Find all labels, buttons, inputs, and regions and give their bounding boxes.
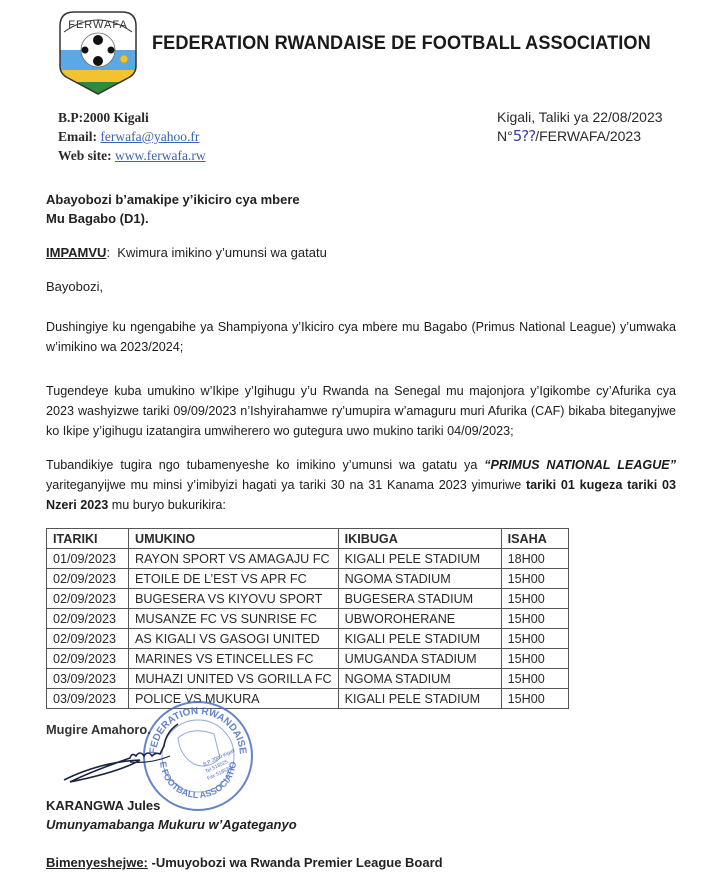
cell-time: 15H00 [501, 669, 568, 689]
organization-name: FEDERATION RWANDAISE DE FOOTBALL ASSOCIA… [152, 32, 651, 55]
cell-time: 15H00 [501, 569, 568, 589]
signature [60, 722, 210, 792]
copy-to-line: Bimenyeshejwe: -Umuyobozi wa Rwanda Prem… [46, 855, 443, 870]
cell-match: MUSANZE FC VS SUNRISE FC [129, 609, 339, 629]
table-row: 02/09/2023MARINES VS ETINCELLES FCUMUGAN… [47, 649, 569, 669]
col-header-venue: IKIBUGA [338, 529, 501, 549]
recipient: Abayobozi b’amakipe y’ikiciro cya mbere … [46, 190, 300, 228]
cell-match: MUHAZI UNITED VS GORILLA FC [129, 669, 339, 689]
cell-time: 15H00 [501, 689, 568, 709]
cell-date: 02/09/2023 [47, 629, 129, 649]
cell-time: 15H00 [501, 629, 568, 649]
col-header-date: ITARIKI [47, 529, 129, 549]
cell-venue: BUGESERA STADIUM [338, 589, 501, 609]
handwritten-number: 5?? [513, 127, 535, 145]
cell-venue: KIGALI PELE STADIUM [338, 689, 501, 709]
cc-label: Bimenyeshejwe: [46, 855, 148, 870]
cell-time: 15H00 [501, 649, 568, 669]
cell-venue: KIGALI PELE STADIUM [338, 629, 501, 649]
email-label: Email: [58, 129, 97, 144]
cell-date: 03/09/2023 [47, 689, 129, 709]
cell-venue: NGOMA STADIUM [338, 669, 501, 689]
col-header-time: ISAHA [501, 529, 568, 549]
cell-date: 01/09/2023 [47, 549, 129, 569]
subject-text: Kwimura imikino y’umunsi wa gatatu [117, 245, 327, 260]
cell-date: 02/09/2023 [47, 609, 129, 629]
website-label: Web site: [58, 148, 112, 163]
shield-crest-icon: FERWAFA [52, 4, 144, 96]
cell-date: 02/09/2023 [47, 569, 129, 589]
cell-date: 02/09/2023 [47, 589, 129, 609]
cell-date: 03/09/2023 [47, 669, 129, 689]
email-link[interactable]: ferwafa@yahoo.fr [100, 129, 199, 144]
address-block: B.P:2000 Kigali Email: ferwafa@yahoo.fr … [58, 108, 206, 165]
table-row: 01/09/2023RAYON SPORT VS AMAGAJU FCKIGAL… [47, 549, 569, 569]
cell-match: ETOILE DE L’EST VS APR FC [129, 569, 339, 589]
match-schedule-table: ITARIKI UMUKINO IKIBUGA ISAHA 01/09/2023… [46, 528, 569, 709]
table-row: 02/09/2023BUGESERA VS KIYOVU SPORTBUGESE… [47, 589, 569, 609]
table-row: 02/09/2023MUSANZE FC VS SUNRISE FCUBWORO… [47, 609, 569, 629]
cc-text: -Umuyobozi wa Rwanda Premier League Boar… [148, 855, 443, 870]
table-row: 03/09/2023MUHAZI UNITED VS GORILLA FCNGO… [47, 669, 569, 689]
paragraph-3: Tubandikiye tugira ngo tubamenyeshe ko i… [46, 455, 676, 515]
table-row: 03/09/2023POLICE VS MUKURAKIGALI PELE ST… [47, 689, 569, 709]
date-line: Kigali, Taliki ya 22/08/2023 [497, 108, 663, 127]
table-header-row: ITARIKI UMUKINO IKIBUGA ISAHA [47, 529, 569, 549]
website-line: Web site: www.ferwafa.rw [58, 146, 206, 165]
cell-time: 15H00 [501, 589, 568, 609]
table-row: 02/09/2023AS KIGALI VS GASOGI UNITEDKIGA… [47, 629, 569, 649]
website-link[interactable]: www.ferwafa.rw [115, 148, 206, 163]
cell-match: MARINES VS ETINCELLES FC [129, 649, 339, 669]
reference-number: N°5??/FERWAFA/2023 [497, 127, 663, 146]
cell-venue: UBWOROHERANE [338, 609, 501, 629]
table-row: 02/09/2023ETOILE DE L’EST VS APR FCNGOMA… [47, 569, 569, 589]
cell-match: RAYON SPORT VS AMAGAJU FC [129, 549, 339, 569]
cell-venue: NGOMA STADIUM [338, 569, 501, 589]
svg-text:FERWAFA: FERWAFA [68, 19, 128, 31]
email-line: Email: ferwafa@yahoo.fr [58, 127, 206, 146]
paragraph-2: Tugendeye kuba umukino w’Ikipe y’Igihugu… [46, 381, 676, 441]
greeting: Bayobozi, [46, 277, 103, 297]
cell-venue: UMUGANDA STADIUM [338, 649, 501, 669]
cell-match: AS KIGALI VS GASOGI UNITED [129, 629, 339, 649]
col-header-match: UMUKINO [129, 529, 339, 549]
signer-name: KARANGWA Jules [46, 798, 160, 813]
league-name: “PRIMUS NATIONAL LEAGUE” [484, 458, 676, 472]
po-box: B.P:2000 Kigali [58, 108, 206, 127]
cell-date: 02/09/2023 [47, 649, 129, 669]
cell-time: 15H00 [501, 609, 568, 629]
cell-time: 18H00 [501, 549, 568, 569]
cell-venue: KIGALI PELE STADIUM [338, 549, 501, 569]
cell-match: BUGESERA VS KIYOVU SPORT [129, 589, 339, 609]
reference-block: Kigali, Taliki ya 22/08/2023 N°5??/FERWA… [497, 108, 663, 146]
subject-label: IMPAMVU [46, 245, 106, 260]
handwritten-signature-icon [60, 722, 210, 792]
subject-line: IMPAMVU: Kwimura imikino y’umunsi wa gat… [46, 243, 327, 263]
paragraph-1: Dushingiye ku ngengabihe ya Shampiyona y… [46, 317, 676, 357]
signer-title: Umunyamabanga Mukuru w’Agateganyo [46, 817, 297, 832]
ferwafa-logo: FERWAFA [52, 4, 144, 96]
